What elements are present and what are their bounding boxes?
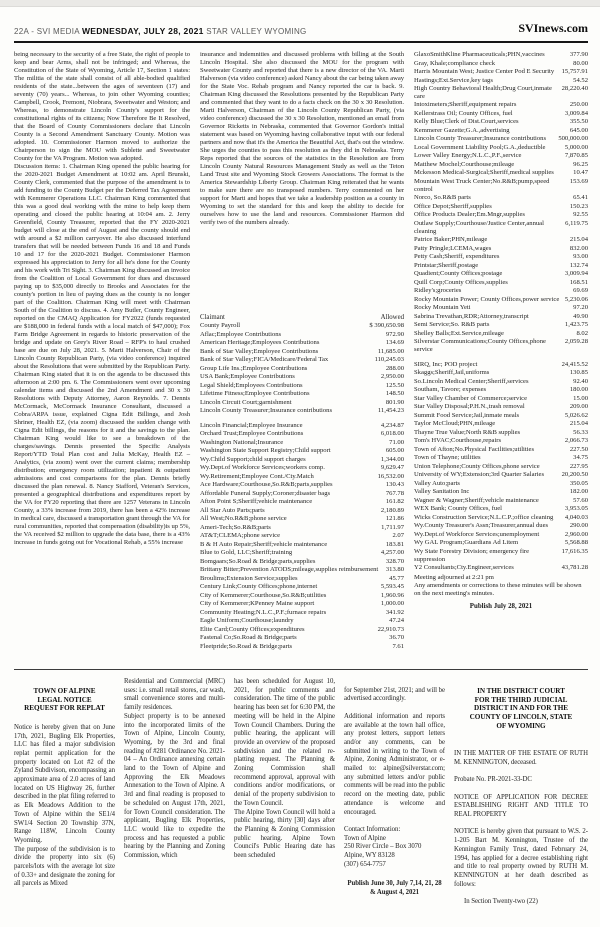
claim-amount: 54.52 xyxy=(573,77,588,85)
claim-row: Lincoln County Treasurer;Insurance contr… xyxy=(200,407,404,415)
claim-row: Washington State Support Registry;Child … xyxy=(200,447,404,455)
claim-amount: 645.00 xyxy=(570,127,588,135)
claims-list-col3-group2: SIRQ, Inc; POD project 24,415.52 Skaggs;… xyxy=(414,361,588,572)
claim-amount: $ 390,650.98 xyxy=(369,322,404,330)
claimant-name: Wy State Forestry Division; emergency fi… xyxy=(414,548,558,564)
claim-amount: 71.00 xyxy=(389,439,404,447)
claim-amount: 180.00 xyxy=(570,386,588,394)
claim-amount: 10.47 xyxy=(573,169,588,177)
claim-row: All Star Auto Parts;parts 2,180.89 xyxy=(200,507,404,515)
claim-row: Patty Pringle;LCEMA,wages 832.00 xyxy=(414,245,588,253)
page-header-left: 22A - SVI MEDIA WEDNESDAY, JULY 28, 2021… xyxy=(14,26,307,36)
claimant-name: Washington National;Insurance xyxy=(200,439,385,447)
claimant-name: City of Kemmerer;Courthouse,So.R&B;utili… xyxy=(200,592,377,600)
claim-amount: 150.23 xyxy=(570,203,588,211)
claim-amount: 5,000.00 xyxy=(565,144,588,152)
claim-row: Lincoln Circuit Court;garnishment 801.90 xyxy=(200,399,404,407)
claimant-name: County Payroll xyxy=(200,322,365,330)
claim-amount: 6,119.75 xyxy=(565,220,588,228)
claimant-name: Y2 Consultants;Cty.Engineer,services xyxy=(414,564,558,572)
claimant-name: Taylor McCloud;PHN,mileage xyxy=(414,420,566,428)
claim-amount: 132.74 xyxy=(570,262,588,270)
claim-row: Brittany Bitter;Prevention ATODS;mileage… xyxy=(200,566,404,574)
claim-amount: 24,415.52 xyxy=(562,361,588,369)
minutes-column-3: GlaxoSmithKline Pharmaceuticals;PHN,vacc… xyxy=(414,51,588,665)
claim-amount: 209.00 xyxy=(570,403,588,411)
claim-row: Harris Mountain West; Justice Center Pod… xyxy=(414,68,588,76)
claim-amount: 1,711.97 xyxy=(381,524,404,532)
claim-amount: 47.24 xyxy=(389,617,404,625)
claimant-name: Patty Pringle;LCEMA,wages xyxy=(414,245,566,253)
claim-amount: 1,344.00 xyxy=(381,456,404,464)
claim-row: Printstar;Sheriff,postage 132.74 xyxy=(414,262,588,270)
claim-amount: 313.80 xyxy=(386,566,404,574)
claim-row: Lincoln Financial;Employee Insurance 4,2… xyxy=(200,422,404,430)
claim-row: Valley Auto;parts 350.05 xyxy=(414,480,588,488)
claim-row: Taylor McCloud;PHN,mileage 215.04 xyxy=(414,420,588,428)
claimant-name: Broulims;Extension Service;supplies xyxy=(200,575,385,583)
claim-amount: 355.50 xyxy=(570,118,588,126)
claim-amount: 92.40 xyxy=(573,378,588,386)
claim-amount: 11,685.00 xyxy=(378,348,404,356)
claim-amount: 290.00 xyxy=(570,522,588,530)
claimant-name: Norco, So.R&B parts xyxy=(414,194,569,202)
claim-amount: 11,454.23 xyxy=(378,407,404,415)
claim-amount: 2,180.89 xyxy=(381,507,404,515)
claim-row: Gray, Khale;compliance check 80.00 xyxy=(414,60,588,68)
legal-notices-section: TOWN OF ALPINE LEGAL NOTICE REQUEST FOR … xyxy=(0,670,600,922)
claim-amount: 350.05 xyxy=(570,480,588,488)
claimant-name: Wy.Dept.of Workforce Services;workers co… xyxy=(200,464,377,472)
claim-row: Rocky Mountain Yeti 97.20 xyxy=(414,304,588,312)
minutes-section: being necessary to the security of a fre… xyxy=(0,43,600,665)
claimant-name: Town of Thayne; utilities xyxy=(414,454,569,462)
claim-amount: 9,629.47 xyxy=(381,464,404,472)
court-notice: IN THE DISTRICT COURT FOR THE THIRD JUDI… xyxy=(454,678,588,922)
claimant-name: Summit Food Service;Jail,inmate meals xyxy=(414,412,561,420)
claim-amount: 500,000.00 xyxy=(558,135,588,143)
claim-row: Outlaw Supply;Courthouse/Justice Center,… xyxy=(414,220,588,236)
claimant-name: Lincoln Financial;Employee Insurance xyxy=(200,422,377,430)
claimant-name: So.Lincoln Medical Center;Sheriff,servic… xyxy=(414,378,569,386)
claim-row: Afton Point S;Sheriff;vehicle maintenanc… xyxy=(200,498,404,506)
minutes-publish-line: Publish July 28, 2021 xyxy=(414,603,588,610)
claimant-name: Rocky Mountain Yeti xyxy=(414,304,569,312)
claimant-name: Afton Point S;Sheriff;vehicle maintenanc… xyxy=(200,498,382,506)
claim-row: Southam, Tavore; expenses 180.00 xyxy=(414,386,588,394)
claimant-name: All Star Auto Parts;parts xyxy=(200,507,377,515)
allowed-column-label: Allowed xyxy=(381,313,404,322)
claimant-column-label: Claimant xyxy=(200,313,225,322)
claim-row: Wy.Dept.of Workforce Services;workers co… xyxy=(200,464,404,472)
claim-amount: 182.00 xyxy=(570,488,588,496)
claim-amount: 972.90 xyxy=(386,331,404,339)
claimant-name: Wy.Child Support;child support charges xyxy=(200,456,377,464)
court-notice-body: IN THE MATTER OF THE ESTATE OF RUTH M. K… xyxy=(454,741,588,915)
claim-row: Lower Valley Energy;N.L.C.,P.F.,service … xyxy=(414,152,588,160)
claimant-name: High Country Behavioral Health;Drug Cour… xyxy=(414,85,558,101)
claim-amount: 328.70 xyxy=(386,558,404,566)
claimant-name: Silverstar Communications;County Offices… xyxy=(414,338,561,354)
claimant-name: Outlaw Supply;Courthouse/Justice Center,… xyxy=(414,220,561,236)
claimant-name: Intoximeters;Sheriff,equipment repairs xyxy=(414,101,566,109)
claimant-name: Ameri-Tech;So.R&B;parts xyxy=(200,524,377,532)
claimant-name: Washington State Support Registry;Child … xyxy=(200,447,382,455)
claimant-name: Wagner & Wagner;Sheriff;vehicle maintena… xyxy=(414,497,569,505)
claim-row: Wy.County Treasurer's Assn;Treasurer,ann… xyxy=(414,522,588,530)
claim-amount: 227.50 xyxy=(570,446,588,454)
claimant-name: Lifetime Fitness;Employee Contributions xyxy=(200,390,382,398)
claimant-name: Wy.County Treasurer's Assn;Treasurer,ann… xyxy=(414,522,566,530)
claimant-name: Mckesson Medical-Surgical;Sheriff,medica… xyxy=(414,169,569,177)
alpine-notice-col4-p2: Additional information and reports are a… xyxy=(344,713,445,817)
claim-row: Century Link;County Offices;phone,intern… xyxy=(200,583,404,591)
claimant-name: Wicks Construction Service;N.L.C.P.;offi… xyxy=(414,514,561,522)
claim-amount: 227.95 xyxy=(570,463,588,471)
claim-amount: 341.92 xyxy=(386,609,404,617)
claim-row: High Country Behavioral Health;Drug Cour… xyxy=(414,85,588,101)
claim-row: University of WY;Extension;3rd Quarter S… xyxy=(414,471,588,479)
claim-row: Eagle Uniform;Courthouse;laundry 47.24 xyxy=(200,617,404,625)
claims-table-header: Claimant Allowed xyxy=(200,313,404,322)
claimant-name: Century Link;County Offices;phone,intern… xyxy=(200,583,377,591)
claimant-name: University of WY;Extension;3rd Quarter S… xyxy=(414,471,558,479)
alpine-notice-col4: for September 21st, 2021; and will be ad… xyxy=(344,678,445,922)
claimant-name: Kelly Blue;Clerk of Dist.Court,services xyxy=(414,118,566,126)
claimant-name: Rocky Mountain Power; County Offices,pow… xyxy=(414,296,561,304)
court-notice-legal-description: In Section Twenty-two (22) xyxy=(454,898,588,907)
claimant-name: Thayne True Value;North R&B supplies xyxy=(414,429,569,437)
claim-row: Legal Shield;Employees Contributions 125… xyxy=(200,382,404,390)
claim-row: Wy.Retirement;Employee Cont./Cty.Match 1… xyxy=(200,473,404,481)
region-label: STAR VALLEY WYOMING xyxy=(206,27,306,36)
claim-amount: 250.00 xyxy=(570,101,588,109)
claim-row: Summit Food Service;Jail,inmate meals 5,… xyxy=(414,412,588,420)
claimant-name: SIRQ, Inc; POD project xyxy=(414,361,558,369)
claimant-name: GlaxoSmithKline Pharmaceuticals;PHN,vacc… xyxy=(414,51,566,59)
claim-amount: 5,026.62 xyxy=(565,412,588,420)
alpine-notice-col3: has been scheduled for August 10, 2021, … xyxy=(234,678,335,922)
claimant-name: Kellerstrass Oil; County Offices, fuel xyxy=(414,110,561,118)
claim-row: Ameri-Tech;So.R&B;parts 1,711.97 xyxy=(200,524,404,532)
claim-row: Shelley Balls;Ext.Service,mileage 8.02 xyxy=(414,330,588,338)
claim-amount: 3,953.05 xyxy=(565,505,588,513)
claim-amount: 43,781.28 xyxy=(562,564,588,572)
claim-row: GlaxoSmithKline Pharmaceuticals;PHN,vacc… xyxy=(414,51,588,59)
minutes-column-2-text: insurance and indemnities and discussed … xyxy=(200,51,404,313)
claim-amount: 2,960.00 xyxy=(565,531,588,539)
alpine-notice-col4-p1: for September 21st, 2021; and will be ad… xyxy=(344,687,445,704)
claimant-name: Ridley's;groceries xyxy=(414,287,569,295)
claim-row: Union Telephone;County Offices,phone ser… xyxy=(414,463,588,471)
claim-amount: 1,000.00 xyxy=(381,600,404,608)
claimant-name: Petty Cash;Sheriff, expenditures xyxy=(414,253,569,261)
claim-row: Kemmerer Gazette;G.A.,advertising 645.00 xyxy=(414,127,588,135)
claim-amount: 168.51 xyxy=(570,279,588,287)
claim-row: Tom's HVAC;Courthouse,repairs 2,066.73 xyxy=(414,437,588,445)
claimant-name: Patrice Baker;PHN,mileage xyxy=(414,236,566,244)
claim-row: SIRQ, Inc; POD project 24,415.52 xyxy=(414,361,588,369)
claim-amount: 8.02 xyxy=(576,330,588,338)
claim-amount: 2,066.73 xyxy=(565,437,588,445)
claim-row: Bomgaars;So.Road & Bridge;parts,supplies… xyxy=(200,558,404,566)
claim-row: County Payroll $ 390,650.98 xyxy=(200,322,404,330)
claim-amount: 148.50 xyxy=(386,390,404,398)
claim-amount: 183.81 xyxy=(386,541,404,549)
claim-amount: 45.77 xyxy=(389,575,404,583)
claimant-name: Star Valley Disposal;P.H.N.,trash remova… xyxy=(414,403,566,411)
claimant-name: Mountain West Truck Center;No.R&B;pump,s… xyxy=(414,178,566,194)
claim-amount: 92.55 xyxy=(573,211,588,219)
claim-row: Bank of Star Valley;FICA/Medicare/Federa… xyxy=(200,356,404,364)
claim-amount: 5,230.06 xyxy=(565,296,588,304)
claimant-name: Valley Auto;parts xyxy=(414,480,566,488)
claim-amount: 5,568.88 xyxy=(565,539,588,547)
claim-row: City of Kemmerer;KPenney Maine support 1… xyxy=(200,600,404,608)
claim-amount: 4,040.03 xyxy=(565,514,588,522)
claimant-name: Sabrina Trevathan,RDR;Attorney,transcrip… xyxy=(414,313,569,321)
claim-amount: 121.86 xyxy=(386,515,404,523)
claimant-name: Harris Mountain West; Justice Center Pod… xyxy=(414,68,558,76)
claim-amount: 767.78 xyxy=(386,490,404,498)
claimant-name: Quill Corp;County Offices,supplies xyxy=(414,279,566,287)
claims-list-col2-group1: County Payroll $ 390,650.98 Aflac;Employ… xyxy=(200,322,404,415)
claim-row: Office Products Dealer;Em.Mngr,supplies … xyxy=(414,211,588,219)
claim-amount: 22,910.73 xyxy=(378,626,404,634)
claim-row: Rocky Mountain Power; County Offices,pow… xyxy=(414,296,588,304)
claim-amount: 28,220.40 xyxy=(562,85,588,93)
claimant-name: Lincoln County Treasurer;Insurance contr… xyxy=(414,135,554,143)
claim-row: AT&T;CLEMA;phone service 2.07 xyxy=(200,532,404,540)
claim-row: Group Life Ins.;Employee Contributions 2… xyxy=(200,365,404,373)
claimant-name: Semi Service;So. R&B parts xyxy=(414,321,561,329)
claim-row: Mountain West Truck Center;No.R&B;pump,s… xyxy=(414,178,588,194)
claim-row: Hastings;Ext.Service,key tags 54.52 xyxy=(414,77,588,85)
claim-row: Quill Corp;County Offices,supplies 168.5… xyxy=(414,279,588,287)
claims-list-col2-group2: Lincoln Financial;Employee Insurance 4,2… xyxy=(200,422,404,651)
court-notice-matter: IN THE MATTER OF THE ESTATE OF RUTH M. K… xyxy=(454,750,588,767)
claim-row: City of Kemmerer;Courthouse,So.R&B;utili… xyxy=(200,592,404,600)
claim-amount: 1,960.96 xyxy=(381,592,404,600)
claim-amount: 7,870.85 xyxy=(565,152,588,160)
claim-amount: 125.50 xyxy=(386,382,404,390)
claim-row: Star Valley Disposal;P.H.N.,trash remova… xyxy=(414,403,588,411)
claim-row: Wicks Construction Service;N.L.C.P.;offi… xyxy=(414,514,588,522)
claim-row: Lifetime Fitness;Employee Contributions … xyxy=(200,390,404,398)
claim-row: American Heritage;Employees Contribution… xyxy=(200,339,404,347)
claimant-name: AT&T;CLEMA;phone service xyxy=(200,532,388,540)
claimant-name: Gray, Khale;compliance check xyxy=(414,60,569,68)
claim-row: Fastenal Co;So.Road & Bridge;parts 36.70 xyxy=(200,634,404,642)
claimant-name: Eagle Uniform;Courthouse;laundry xyxy=(200,617,385,625)
claim-amount: 215.04 xyxy=(570,236,588,244)
claimant-name: Printstar;Sheriff,postage xyxy=(414,262,566,270)
claim-row: Wy.Child Support;child support charges 1… xyxy=(200,456,404,464)
claimant-name: Aflac;Employee Contributions xyxy=(200,331,382,339)
claim-row: WEX Bank; County Offices, fuel 3,953.05 xyxy=(414,505,588,513)
claim-amount: 20,200.50 xyxy=(562,471,588,479)
claimant-name: Group Life Ins.;Employee Contributions xyxy=(200,365,382,373)
claim-amount: 16,532.00 xyxy=(378,473,404,481)
claim-amount: 6,018.00 xyxy=(381,430,404,438)
claimant-name: Ace Hardware;Courthouse,So.R&B;parts,sup… xyxy=(200,481,382,489)
claim-row: USA Bank;Employee Contributions 2,950.00 xyxy=(200,373,404,381)
claim-row: Matthew Mochel;Courthouse;mileage 96.25 xyxy=(414,161,588,169)
claim-row: Petty Cash;Sheriff, expenditures 93.00 xyxy=(414,253,588,261)
claim-amount: 153.69 xyxy=(570,178,588,186)
claimant-name: City of Kemmerer;KPenney Maine support xyxy=(200,600,377,608)
claimant-name: B & H Auto Repair;Sheriff;vehicle mainte… xyxy=(200,541,382,549)
claim-amount: 130.85 xyxy=(570,369,588,377)
claim-amount: 57.60 xyxy=(573,497,588,505)
claim-amount: 2.07 xyxy=(392,532,404,540)
claim-row: Patrice Baker;PHN,mileage 215.04 xyxy=(414,236,588,244)
claim-row: Blue to Gold, LLC;Sheriff;training 4,257… xyxy=(200,549,404,557)
claim-row: Office Depot;Sheriff,supplies 150.23 xyxy=(414,203,588,211)
claim-amount: 288.00 xyxy=(386,365,404,373)
claim-amount: 377.90 xyxy=(570,51,588,59)
claimant-name: Community Heating;N.L.C.,P.F.;furnace re… xyxy=(200,609,382,617)
claim-amount: 97.20 xyxy=(573,304,588,312)
claim-row: Wagner & Wagner;Sheriff;vehicle maintena… xyxy=(414,497,588,505)
court-notice-title: IN THE DISTRICT COURT FOR THE THIRD JUDI… xyxy=(454,687,588,731)
court-notice-probate-number: Probate No. PR-2021-33-DC xyxy=(454,776,588,785)
claim-amount: 4,234.87 xyxy=(381,422,404,430)
claim-amount: 34.75 xyxy=(573,454,588,462)
claimant-name: Affordable Funeral Supply;Coroner;disast… xyxy=(200,490,382,498)
claim-row: Orchard Trust;Employee Contributions 6,0… xyxy=(200,430,404,438)
claim-amount: 15,757.91 xyxy=(562,68,588,76)
claimant-name: Wy GAL Program;Guardians Ad Litem xyxy=(414,539,561,547)
claim-row: Broulims;Extension Service;supplies 45.7… xyxy=(200,575,404,583)
claim-row: Affordable Funeral Supply;Coroner;disast… xyxy=(200,490,404,498)
claim-row: Elite Card;County Offices;expenditures 2… xyxy=(200,626,404,634)
claim-row: Town of Afton;No.Physical Facilities;uti… xyxy=(414,446,588,454)
claim-row: Wy State Forestry Division; emergency fi… xyxy=(414,548,588,564)
claimant-name: Valley Sanitation Inc xyxy=(414,488,566,496)
claim-amount: 832.00 xyxy=(570,245,588,253)
alpine-notice-col2: Residential and Commercial (MRC) uses: i… xyxy=(124,678,225,922)
claim-row: Y2 Consultants;Cty.Engineer,services 43,… xyxy=(414,564,588,572)
claim-row: Local Government Liability Pool;G.A.,ded… xyxy=(414,144,588,152)
claim-amount: 36.70 xyxy=(389,634,404,642)
claim-row: Town of Thayne; utilities 34.75 xyxy=(414,454,588,462)
claimant-name: Skaggs;Sheriff,Jail,uniforms xyxy=(414,369,566,377)
claim-amount: 130.43 xyxy=(386,481,404,489)
claim-row: So.Lincoln Medical Center;Sheriff,servic… xyxy=(414,378,588,386)
claim-row: Bank of Star Valley;Employee Contributio… xyxy=(200,348,404,356)
claimant-name: Orchard Trust;Employee Contributions xyxy=(200,430,377,438)
claimant-name: USA Bank;Employee Contributions xyxy=(200,373,377,381)
claimant-name: American Heritage;Employees Contribution… xyxy=(200,339,382,347)
claimant-name: Quadient;County Offices;postage xyxy=(414,270,561,278)
claim-amount: 605.00 xyxy=(386,447,404,455)
claim-amount: 69.69 xyxy=(573,287,588,295)
claim-amount: 7.61 xyxy=(392,643,404,651)
claim-row: Quadient;County Offices;postage 3,009.94 xyxy=(414,270,588,278)
claim-row: Thayne True Value;North R&B supplies 56.… xyxy=(414,429,588,437)
claim-row: Kellerstrass Oil; County Offices, fuel 3… xyxy=(414,110,588,118)
claimant-name: Fleetpride;So.Road & Bridge;parts xyxy=(200,643,388,651)
claim-row: B & H Auto Repair;Sheriff;vehicle mainte… xyxy=(200,541,404,549)
claimant-name: Wy.Retirement;Employee Cont./Cty.Match xyxy=(200,473,374,481)
claimant-name: Matthew Mochel;Courthouse;mileage xyxy=(414,161,569,169)
claim-amount: 161.82 xyxy=(386,498,404,506)
claimant-name: Office Depot;Sheriff,supplies xyxy=(414,203,566,211)
claim-row: Mckesson Medical-Surgical;Sheriff,medica… xyxy=(414,169,588,177)
scan-edge-strip xyxy=(0,0,600,7)
claim-amount: 3,009.94 xyxy=(565,270,588,278)
claim-amount: 80.00 xyxy=(573,60,588,68)
claim-row: Star Valley Chamber of Commerce;service … xyxy=(414,395,588,403)
claim-row: Aflac;Employee Contributions 972.90 xyxy=(200,331,404,339)
claim-amount: 96.25 xyxy=(573,161,588,169)
claimant-name: Southam, Tavore; expenses xyxy=(414,386,566,394)
claim-amount: 2,950.00 xyxy=(381,373,404,381)
claim-amount: 4,257.00 xyxy=(381,549,404,557)
claim-row: Fleetpride;So.Road & Bridge;parts 7.61 xyxy=(200,643,404,651)
claim-row: Intoximeters;Sheriff,equipment repairs 2… xyxy=(414,101,588,109)
claimant-name: Kemmerer Gazette;G.A.,advertising xyxy=(414,127,566,135)
claim-row: Norco, So.R&B parts 65.41 xyxy=(414,194,588,202)
claim-row: Skaggs;Sheriff,Jail,uniforms 130.85 xyxy=(414,369,588,377)
claim-amount: 93.00 xyxy=(573,253,588,261)
alpine-notice-col1-text: Notice is hereby given that on June 17th… xyxy=(14,724,115,889)
claim-row: Silverstar Communications;County Offices… xyxy=(414,338,588,354)
claim-row: Community Heating;N.L.C.,P.F.;furnace re… xyxy=(200,609,404,617)
claim-amount: 215.04 xyxy=(570,420,588,428)
claimant-name: Bank of Star Valley;Employee Contributio… xyxy=(200,348,374,356)
claimant-name: Lincoln Circuit Court;garnishment xyxy=(200,399,382,407)
alpine-notice-title: TOWN OF ALPINE LEGAL NOTICE REQUEST FOR … xyxy=(14,687,115,713)
claimant-name: Elite Card;County Offices;expenditures xyxy=(200,626,374,634)
claimant-name: Shelley Balls;Ext.Service,mileage xyxy=(414,330,572,338)
claimant-name: Star Valley Chamber of Commerce;service xyxy=(414,395,569,403)
minutes-closing-text: Meeting adjourned at 2:21 pm Any amendme… xyxy=(414,574,588,599)
claim-amount: 2,059.28 xyxy=(565,338,588,346)
page-number-label: 22A - SVI MEDIA xyxy=(14,27,79,36)
claim-row: Lincoln County Treasurer;Insurance contr… xyxy=(414,135,588,143)
claimant-name: Tom's HVAC;Courthouse,repairs xyxy=(414,437,561,445)
claimant-name: Fastenal Co;So.Road & Bridge;parts xyxy=(200,634,385,642)
claimant-name: Lincoln County Treasurer;Insurance contr… xyxy=(200,407,374,415)
claim-row: Sabrina Trevathan,RDR;Attorney,transcrip… xyxy=(414,313,588,321)
alpine-notice-col1: TOWN OF ALPINE LEGAL NOTICE REQUEST FOR … xyxy=(14,678,115,922)
claim-amount: 49.90 xyxy=(573,313,588,321)
claim-row: Washington National;Insurance 71.00 xyxy=(200,439,404,447)
claimant-name: Office Products Dealer;Em.Mngr,supplies xyxy=(414,211,569,219)
claimant-name: Union Telephone;County Offices,phone ser… xyxy=(414,463,566,471)
claimant-name: All West;No.R&B;phone service xyxy=(200,515,382,523)
claim-row: Semi Service;So. R&B parts 1,423.75 xyxy=(414,321,588,329)
claimant-name: Bank of Star Valley;FICA/Medicare/Federa… xyxy=(200,356,371,364)
claim-amount: 15.00 xyxy=(573,395,588,403)
alpine-publish-line: Publish June 30, July 7,14, 21, 28 & Aug… xyxy=(344,880,445,897)
alpine-contact-info: Contact Information: Town of Alpine 250 … xyxy=(344,826,445,870)
claimant-name: Bomgaars;So.Road & Bridge;parts,supplies xyxy=(200,558,382,566)
claim-row: Wy.Dept.of Workforce Services;unemployme… xyxy=(414,531,588,539)
claim-row: Ridley's;groceries 69.69 xyxy=(414,287,588,295)
claims-list-col3-group1: GlaxoSmithKline Pharmaceuticals;PHN,vacc… xyxy=(414,51,588,354)
page-header: 22A - SVI MEDIA WEDNESDAY, JULY 28, 2021… xyxy=(0,7,600,39)
claim-amount: 65.41 xyxy=(573,194,588,202)
claim-amount: 56.33 xyxy=(573,429,588,437)
claim-amount: 134.69 xyxy=(386,339,404,347)
court-notice-application-heading: NOTICE OF APPLICATION FOR DECREE ESTABLI… xyxy=(454,794,588,820)
site-name: SVInews.com xyxy=(518,21,588,36)
claimant-name: Local Government Liability Pool;G.A.,ded… xyxy=(414,144,561,152)
claimant-name: Hastings;Ext.Service,key tags xyxy=(414,77,569,85)
